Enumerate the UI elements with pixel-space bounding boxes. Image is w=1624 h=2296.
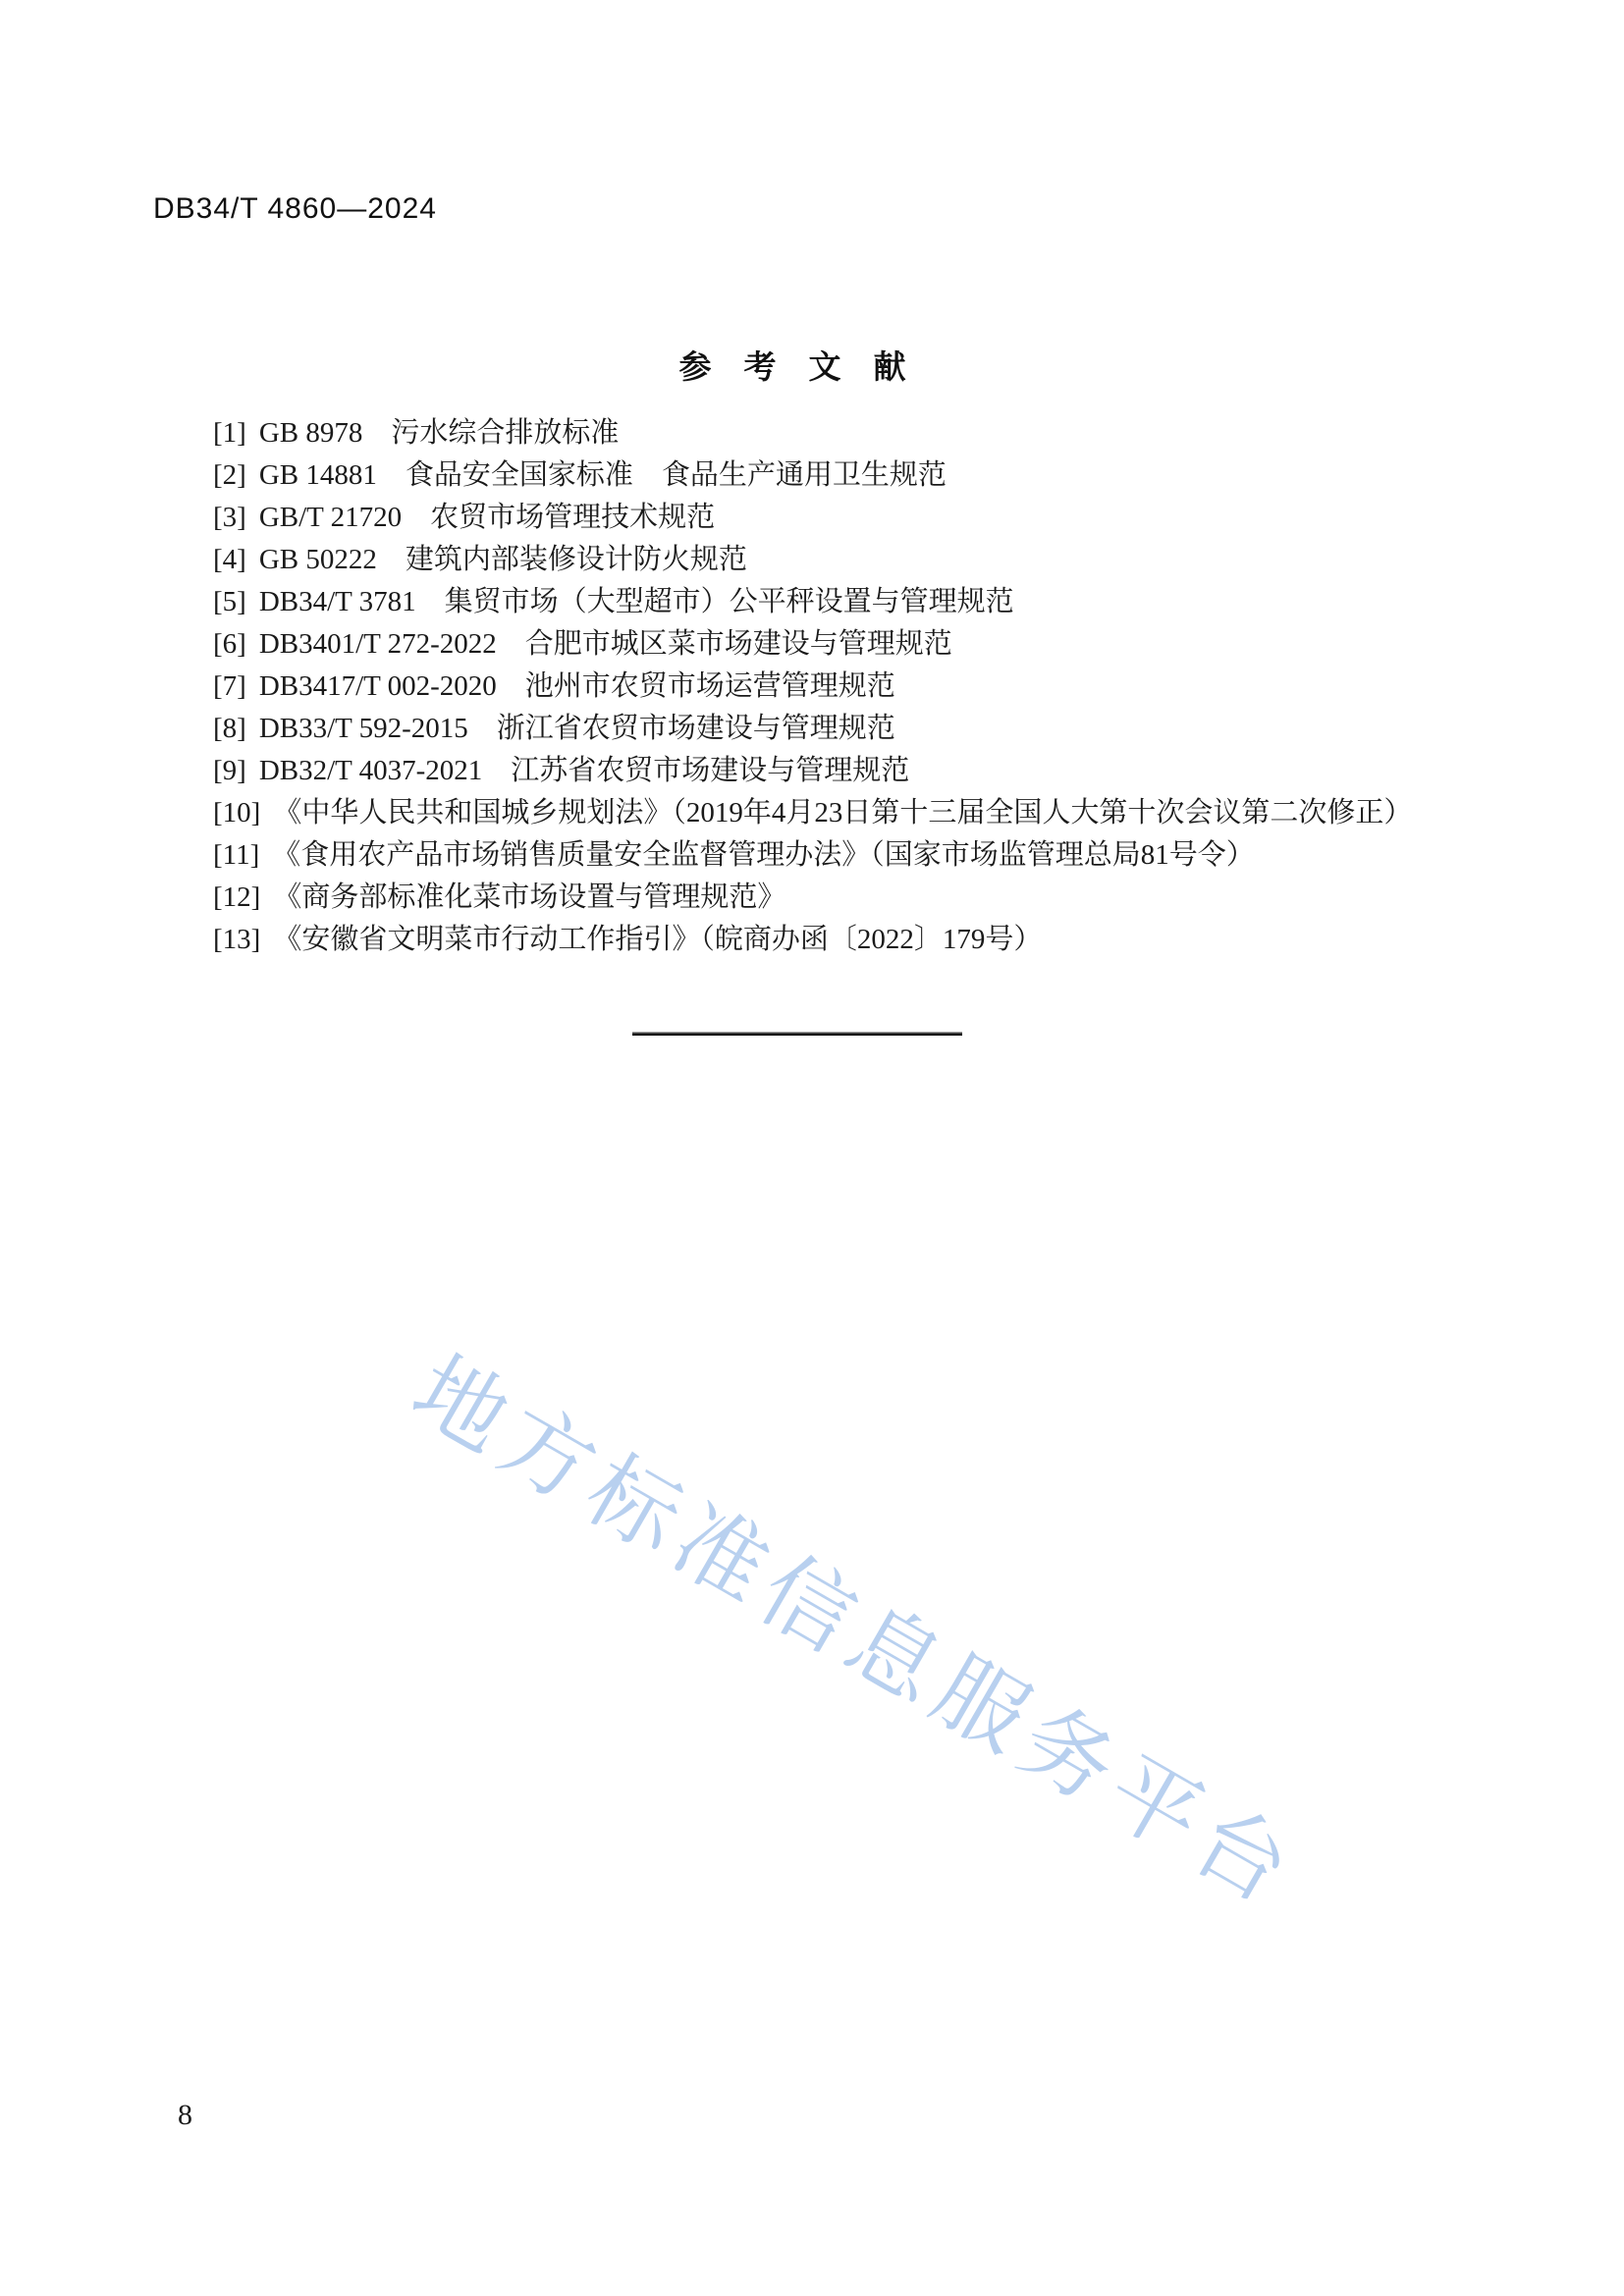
reference-item: [12]《商务部标准化菜市场设置与管理规范》 [213, 877, 1568, 919]
reference-label: [7] [213, 666, 246, 708]
reference-label: [1] [213, 412, 246, 454]
reference-item: [13]《安徽省文明菜市行动工作指引》（皖商办函〔2022〕179号） [213, 919, 1568, 961]
reference-item: [6]DB3401/T 272-2022 合肥市城区菜市场建设与管理规范 [213, 623, 1568, 666]
watermark-text: 地方标准信息服务平台 [393, 1319, 1325, 1932]
reference-label: [4] [213, 539, 246, 581]
reference-label: [11] [213, 834, 259, 877]
reference-label: [9] [213, 750, 246, 792]
reference-item: [8]DB33/T 592-2015 浙江省农贸市场建设与管理规范 [213, 708, 1568, 750]
reference-text: 《安徽省文明菜市行动工作指引》（皖商办函〔2022〕179号） [273, 924, 1042, 955]
reference-item: [2]GB 14881 食品安全国家标准 食品生产通用卫生规范 [213, 454, 1568, 497]
reference-item: [5]DB34/T 3781 集贸市场（大型超市）公平秤设置与管理规范 [213, 581, 1568, 623]
reference-item: [3]GB/T 21720 农贸市场管理技术规范 [213, 497, 1568, 539]
reference-label: [2] [213, 454, 246, 497]
document-page: DB34/T 4860—2024 参 考 文 献 [1]GB 8978 污水综合… [0, 0, 1624, 2296]
reference-text: DB32/T 4037-2021 江苏省农贸市场建设与管理规范 [259, 755, 909, 786]
reference-label: [8] [213, 708, 246, 750]
reference-label: [3] [213, 497, 246, 539]
reference-list: [1]GB 8978 污水综合排放标准[2]GB 14881 食品安全国家标准 … [213, 412, 1568, 961]
reference-item: [4]GB 50222 建筑内部装修设计防火规范 [213, 539, 1568, 581]
reference-text: GB/T 21720 农贸市场管理技术规范 [259, 502, 715, 533]
reference-item: [11]《食用农产品市场销售质量安全监督管理办法》（国家市场监管理总局81号令） [213, 834, 1568, 877]
reference-text: DB34/T 3781 集贸市场（大型超市）公平秤设置与管理规范 [259, 586, 1014, 617]
reference-text: 《商务部标准化菜市场设置与管理规范》 [273, 881, 785, 913]
reference-text: 《中华人民共和国城乡规划法》（2019年4月23日第十三届全国人大第十次会议第二… [273, 797, 1412, 828]
reference-label: [6] [213, 623, 246, 666]
reference-label: [13] [213, 919, 260, 961]
reference-label: [12] [213, 877, 260, 919]
section-title: 参 考 文 献 [213, 342, 1372, 388]
reference-text: DB33/T 592-2015 浙江省农贸市场建设与管理规范 [259, 713, 895, 744]
reference-item: [10]《中华人民共和国城乡规划法》（2019年4月23日第十三届全国人大第十次… [213, 792, 1568, 834]
reference-label: [10] [213, 792, 260, 834]
reference-label: [5] [213, 581, 246, 623]
reference-text: 《食用农产品市场销售质量安全监督管理办法》（国家市场监管理总局81号令） [272, 839, 1255, 871]
reference-text: GB 14881 食品安全国家标准 食品生产通用卫生规范 [259, 459, 947, 491]
reference-text: GB 8978 污水综合排放标准 [259, 417, 620, 449]
reference-item: [1]GB 8978 污水综合排放标准 [213, 412, 1568, 454]
page-number: 8 [178, 2099, 192, 2132]
reference-item: [7]DB3417/T 002-2020 池州市农贸市场运营管理规范 [213, 666, 1568, 708]
reference-text: GB 50222 建筑内部装修设计防火规范 [259, 544, 747, 575]
standard-code-header: DB34/T 4860—2024 [153, 192, 437, 226]
reference-item: [9]DB32/T 4037-2021 江苏省农贸市场建设与管理规范 [213, 750, 1568, 792]
end-of-document-divider [632, 1032, 962, 1036]
reference-text: DB3401/T 272-2022 合肥市城区菜市场建设与管理规范 [259, 628, 952, 660]
reference-text: DB3417/T 002-2020 池州市农贸市场运营管理规范 [259, 670, 895, 702]
